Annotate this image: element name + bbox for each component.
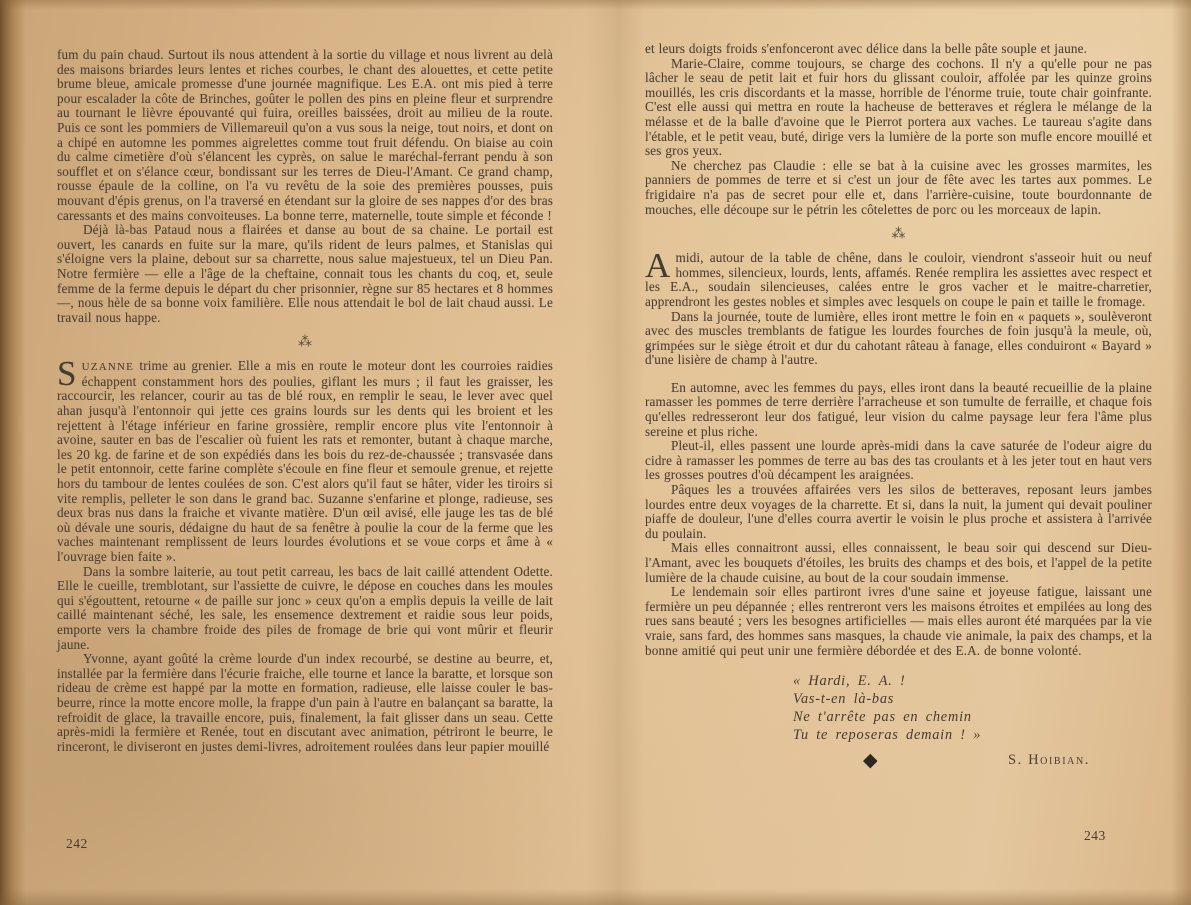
drop-cap-initial: A — [645, 251, 675, 279]
paragraph-section-start: Amidi, autour de la table de chêne, dans… — [645, 251, 1152, 309]
paragraph: Yvonne, ayant goûté la crème lourde d'un… — [57, 652, 553, 754]
paragraph: Marie-Claire, comme toujours, se charge … — [645, 57, 1152, 159]
poem-line: « Hardi, E. A. ! — [793, 672, 1152, 690]
paragraph: Pleut-il, elles passent une lourde après… — [645, 439, 1152, 483]
signature-row: ◆ S. Hoibian. — [645, 751, 1152, 769]
paragraph-continuation: fum du pain chaud. Surtout ils nous atte… — [57, 48, 553, 223]
paragraph-continuation: et leurs doigts froids s'enfonceront ave… — [645, 42, 1152, 57]
page-gutter-shadow — [585, 0, 645, 905]
drop-cap-initial: S — [57, 359, 82, 387]
paragraph: Mais elles connaitront aussi, elles conn… — [645, 541, 1152, 585]
page-number-left: 242 — [66, 836, 88, 852]
book-scan: fum du pain chaud. Surtout ils nous atte… — [0, 0, 1191, 905]
paragraph: Dans la sombre laiterie, au tout petit c… — [57, 565, 553, 653]
paragraph: Le lendemain soir elles partiront ivres … — [645, 585, 1152, 658]
paragraph: Ne cherchez pas Claudie : elle se bat à … — [645, 159, 1152, 217]
diamond-ornament: ◆ — [863, 751, 878, 769]
paragraph-text: trime au grenier. Elle a mis en route le… — [57, 358, 553, 564]
lead-small-caps: UZANNE — [82, 361, 134, 373]
page-right-edge-shadow — [1171, 0, 1191, 905]
paragraph-text: midi, autour de la table de chêne, dans … — [645, 250, 1152, 309]
paragraph: Déjà là-bas Pataud nous a flairées et da… — [57, 223, 553, 325]
page-bottom-edge-shadow — [0, 889, 1191, 905]
closing-poem: « Hardi, E. A. ! Vas-t-en là-bas Ne t'ar… — [793, 672, 1152, 744]
page-right: et leurs doigts froids s'enfonceront ave… — [645, 42, 1152, 769]
author-signature: S. Hoibian. — [1008, 752, 1090, 769]
paragraph: Dans la journée, toute de lumière, elles… — [645, 310, 1152, 368]
page-number-right: 243 — [1084, 828, 1106, 844]
asterism-ornament: ⁂ — [57, 335, 553, 349]
poem-line: Vas-t-en là-bas — [793, 690, 1152, 708]
page-left: fum du pain chaud. Surtout ils nous atte… — [57, 48, 553, 754]
asterism-ornament: ⁂ — [645, 227, 1152, 241]
paragraph: En automne, avec les femmes du pays, ell… — [645, 381, 1152, 439]
paragraph: Pâques les a trouvées affairées vers les… — [645, 483, 1152, 541]
poem-line: Ne t'arrête pas en chemin — [793, 708, 1152, 726]
poem-line: Tu te reposeras demain ! » — [793, 726, 1152, 744]
page-top-edge-shadow — [0, 0, 1191, 10]
paragraph-section-start: SUZANNE trime au grenier. Elle a mis en … — [57, 359, 553, 564]
book-spine-edge-shadow — [0, 0, 26, 905]
